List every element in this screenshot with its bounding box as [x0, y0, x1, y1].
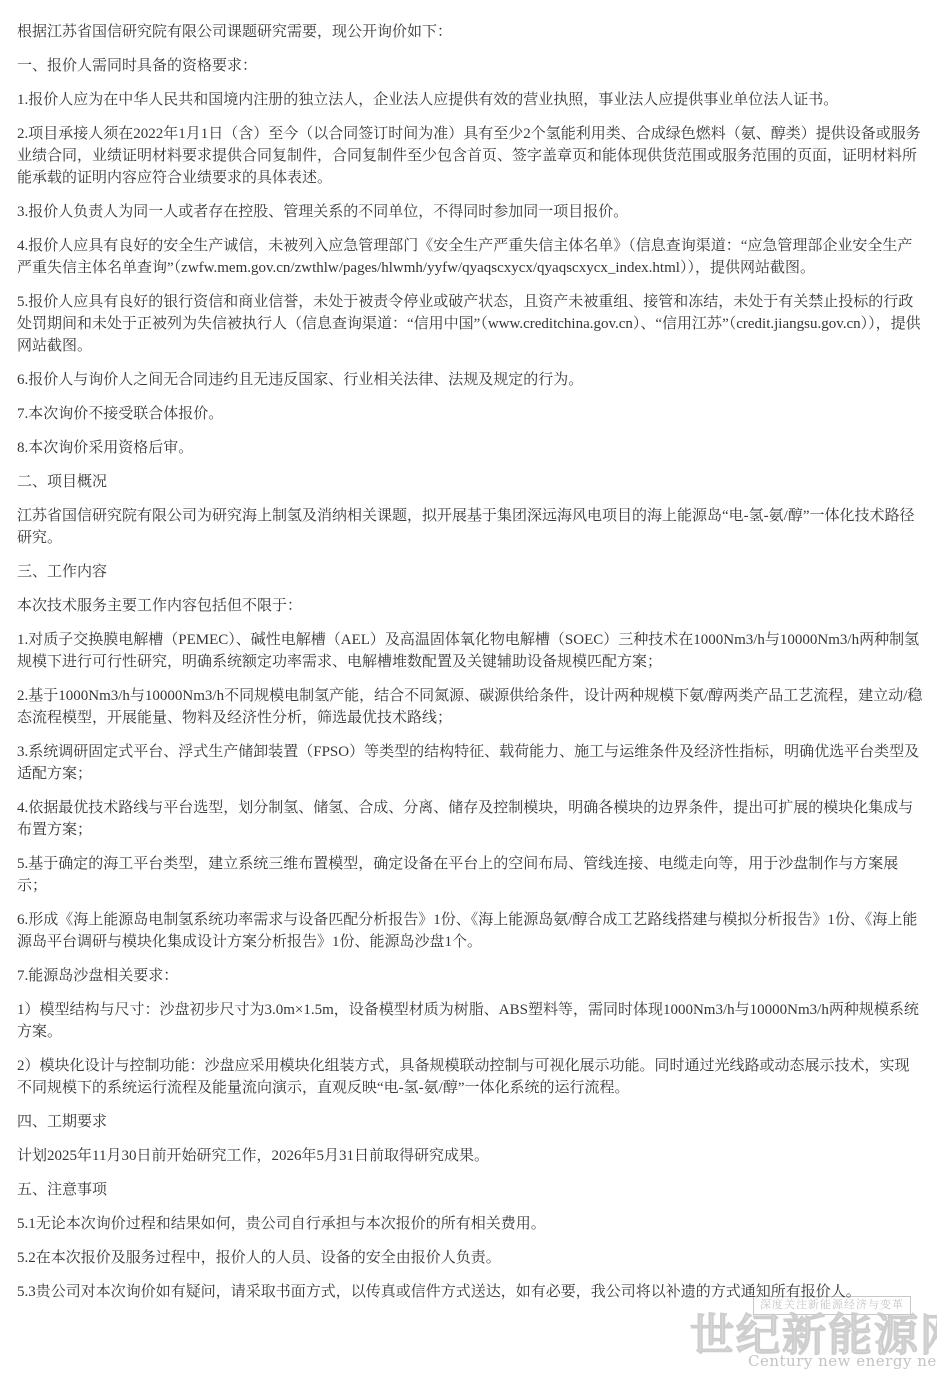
document-content: 根据江苏省国信研究院有限公司课题研究需要，现公开询价如下： 一、报价人需同时具备…: [17, 21, 923, 1315]
qualification-item-1: 1.报价人应为在中华人民共和国境内注册的独立法人，企业法人应提供有效的营业执照，…: [17, 89, 923, 111]
qualification-item-3: 3.报价人负责人为同一人或者存在控股、管理关系的不同单位，不得同时参加同一项目报…: [17, 201, 923, 223]
notes-heading: 五、注意事项: [17, 1179, 923, 1201]
work-content-heading: 三、工作内容: [17, 561, 923, 583]
work-item-4: 4.依据最优技术路线与平台选型，划分制氢、储氢、合成、分离、储存及控制模块，明确…: [17, 797, 923, 841]
sandbox-requirement-2: 2）模块化设计与控制功能：沙盘应采用模块化组装方式，具备规模联动控制与可视化展示…: [17, 1055, 923, 1099]
work-item-6: 6.形成《海上能源岛电制氢系统功率需求与设备匹配分析报告》1份、《海上能源岛氨/…: [17, 909, 923, 953]
qualification-item-4: 4.报价人应具有良好的安全生产诚信，未被列入应急管理部门《安全生产严重失信主体名…: [17, 235, 923, 279]
qualification-item-2: 2.项目承接人须在2022年1月1日（含）至今（以合同签订时间为准）具有至少2个…: [17, 123, 923, 189]
watermark-subtitle: Century new energy network: [748, 1352, 937, 1370]
sandbox-requirement-1: 1）模型结构与尺寸：沙盘初步尺寸为3.0m×1.5m，设备模型材质为树脂、ABS…: [17, 999, 923, 1043]
project-overview-paragraph: 江苏省国信研究院有限公司为研究海上制氢及消纳相关课题，拟开展基于集团深远海风电项…: [17, 505, 923, 549]
work-item-7: 7.能源岛沙盘相关要求：: [17, 965, 923, 987]
qualification-item-7: 7.本次询价不接受联合体报价。: [17, 403, 923, 425]
note-5-3: 5.3贵公司对本次询价如有疑问，请采取书面方式，以传真或信件方式送达，如有必要，…: [17, 1281, 923, 1303]
project-overview-heading: 二、项目概况: [17, 471, 923, 493]
watermark-brand-text: 世纪新能源网: [690, 1313, 937, 1359]
schedule-paragraph: 计划2025年11月30日前开始研究工作，2026年5月31日前取得研究成果。: [17, 1145, 923, 1167]
work-content-intro: 本次技术服务主要工作内容包括但不限于：: [17, 595, 923, 617]
qualification-item-5: 5.报价人应具有良好的银行资信和商业信誉，未处于被责令停业或破产状态，且资产未被…: [17, 291, 923, 357]
work-item-3: 3.系统调研固定式平台、浮式生产储卸装置（FPSO）等类型的结构特征、载荷能力、…: [17, 741, 923, 785]
qualification-item-8: 8.本次询价采用资格后审。: [17, 437, 923, 459]
work-item-1: 1.对质子交换膜电解槽（PEMEC）、碱性电解槽（AEL）及高温固体氧化物电解槽…: [17, 629, 923, 673]
intro-paragraph: 根据江苏省国信研究院有限公司课题研究需要，现公开询价如下：: [17, 21, 923, 43]
qualification-item-6: 6.报价人与询价人之间无合同违约且无违反国家、行业相关法律、法规及规定的行为。: [17, 369, 923, 391]
work-item-5: 5.基于确定的海工平台类型，建立系统三维布置模型，确定设备在平台上的空间布局、管…: [17, 853, 923, 897]
qualification-requirements-heading: 一、报价人需同时具备的资格要求：: [17, 55, 923, 77]
note-5-1: 5.1无论本次询价过程和结果如何，贵公司自行承担与本次报价的所有相关费用。: [17, 1213, 923, 1235]
schedule-heading: 四、工期要求: [17, 1111, 923, 1133]
note-5-2: 5.2在本次报价及服务过程中，报价人的人员、设备的安全由报价人负责。: [17, 1247, 923, 1269]
work-item-2: 2.基于1000Nm3/h与10000Nm3/h不同规模电制氢产能，结合不同氮源…: [17, 685, 923, 729]
